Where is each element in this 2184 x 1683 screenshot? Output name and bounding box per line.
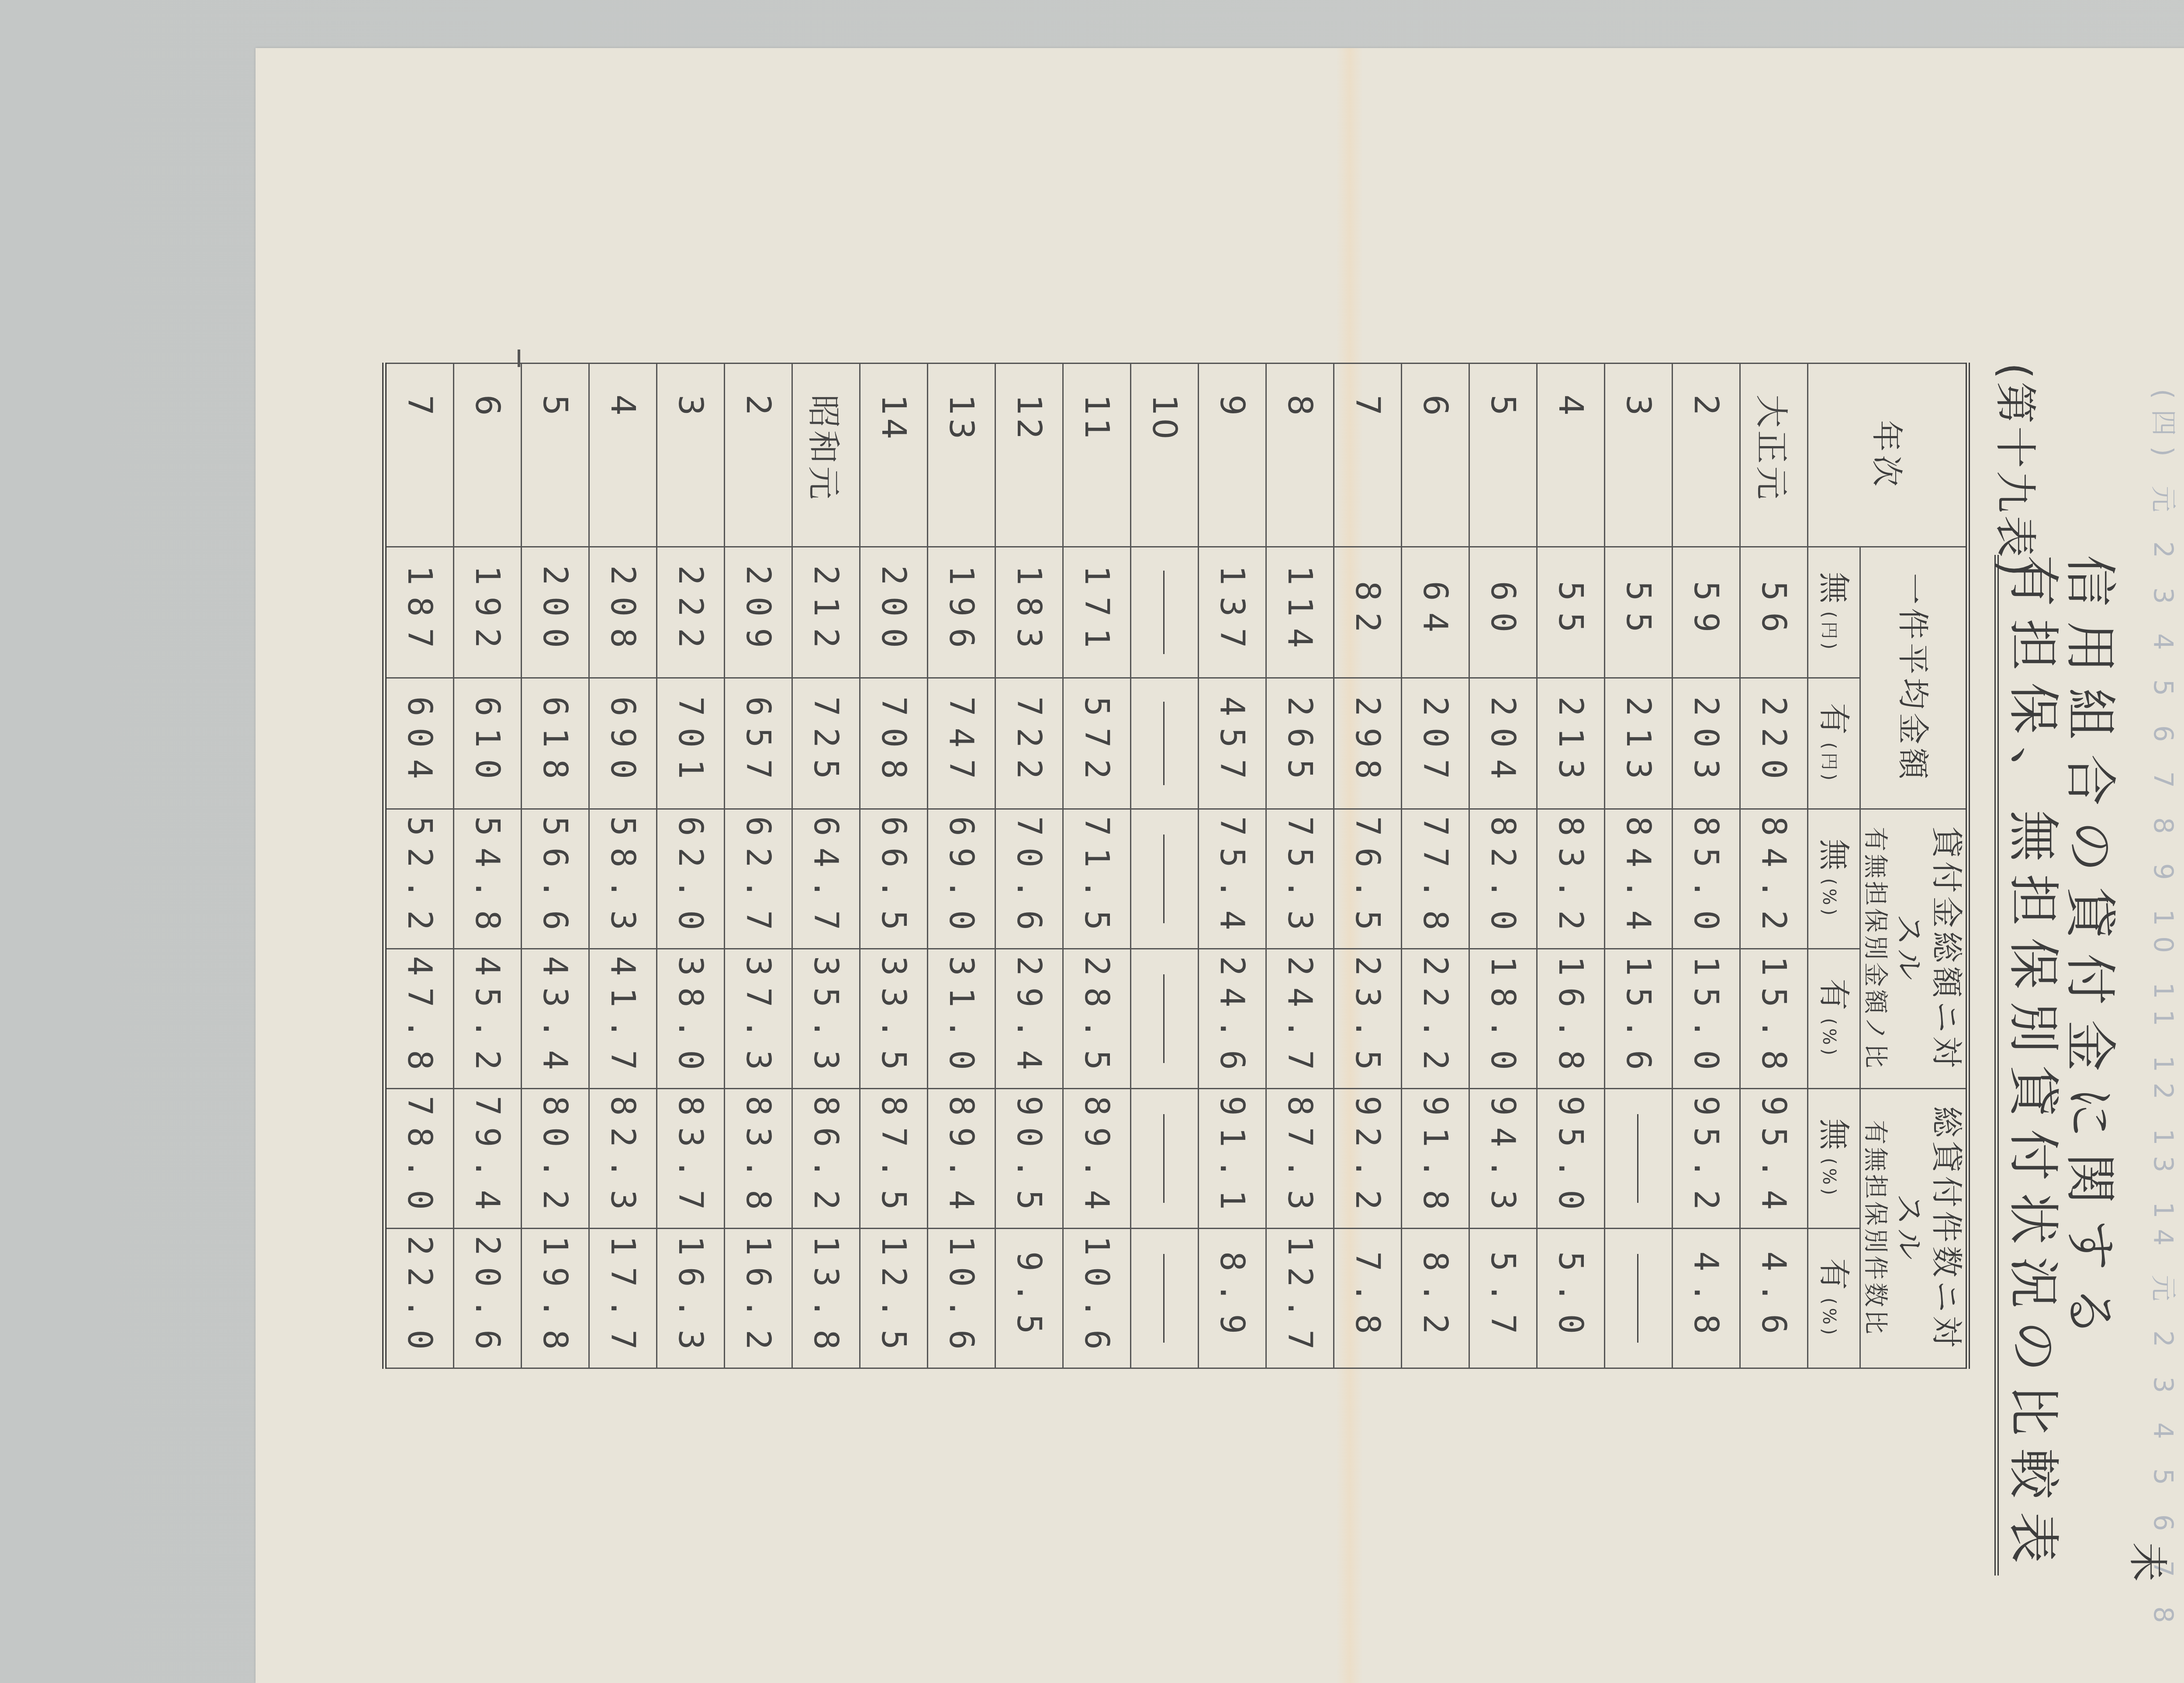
amt-without-cell: 85.0	[1673, 809, 1740, 949]
cnt-with-cell	[1131, 1229, 1199, 1368]
table-row: 1117157271.528.589.410.6	[1063, 364, 1131, 1368]
unit-yen: (円)	[1819, 611, 1839, 653]
amt-with-cell	[1131, 949, 1199, 1089]
year-cell: 3	[657, 364, 725, 547]
cnt-without-cell: 80.2	[522, 1089, 589, 1229]
header-amt-without: 無(%)	[1808, 809, 1860, 949]
year-cell: 4	[1537, 364, 1605, 547]
amt-without-cell: 82.0	[1469, 809, 1537, 949]
table-body: 大正元5622084.215.895.44.625920385.015.095.…	[384, 364, 1808, 1368]
avg-without-cell: 60	[1469, 547, 1537, 678]
cnt-without-cell: 79.4	[454, 1089, 522, 1229]
year-cell: 2	[725, 364, 792, 547]
year-cell: 昭和元	[792, 364, 860, 547]
unit-pct: (%)	[1819, 1018, 1839, 1059]
amt-without-cell: 58.3	[589, 809, 657, 949]
table-row: 322270162.038.083.716.3	[657, 364, 725, 1368]
unit-pct: (%)	[1819, 1298, 1839, 1338]
amt-with-cell: 35.3	[792, 949, 860, 1089]
amt-with-cell: 41.7	[589, 949, 657, 1089]
table-row: 619261054.845.279.420.6	[454, 364, 522, 1368]
avg-with-cell: 725	[792, 678, 860, 809]
amt-without-cell: 64.7	[792, 809, 860, 949]
amt-with-cell: 38.0	[657, 949, 725, 1089]
avg-without-cell: 114	[1266, 547, 1334, 678]
table-row: 811426575.324.787.312.7	[1266, 364, 1334, 1368]
table-row: 35521384.415.6	[1605, 364, 1673, 1368]
stray-pen-mark	[518, 350, 520, 367]
header-avg-with: 有(円)	[1808, 678, 1860, 809]
adjacent-chart-ticks: (四) 元 2 3 4 5 6 7 8 9 10 11 12 13 14 元 2…	[2146, 389, 2184, 1634]
cnt-without-cell: 92.2	[1334, 1089, 1402, 1229]
header-avg-amount: 一件平均金額	[1860, 547, 1968, 809]
cnt-with-cell: 22.0	[384, 1229, 454, 1368]
amt-without-cell: 75.3	[1266, 809, 1334, 949]
avg-with-cell: 213	[1537, 678, 1605, 809]
cnt-with-cell: 5.0	[1537, 1229, 1605, 1368]
header-without-label: 無	[1816, 572, 1852, 607]
avg-with-cell: 657	[725, 678, 792, 809]
year-cell: 8	[1266, 364, 1334, 547]
amt-without-cell: 70.6	[995, 809, 1063, 949]
year-cell: 7	[384, 364, 454, 547]
avg-with-cell: 213	[1605, 678, 1673, 809]
cnt-without-cell: 95.0	[1537, 1089, 1605, 1229]
cnt-with-cell	[1605, 1229, 1673, 1368]
unit-pct: (%)	[1819, 878, 1839, 919]
year-cell: 6	[1402, 364, 1469, 547]
table-row: 56020482.018.094.35.7	[1469, 364, 1537, 1368]
cnt-with-cell: 7.8	[1334, 1229, 1402, 1368]
avg-with-cell: 203	[1673, 678, 1740, 809]
year-cell: 6	[454, 364, 522, 547]
year-cell: 12	[995, 364, 1063, 547]
table-row: 1420070866.533.587.512.5	[860, 364, 928, 1368]
amt-without-cell: 56.6	[522, 809, 589, 949]
amt-with-cell: 24.7	[1266, 949, 1334, 1089]
year-cell: 13	[928, 364, 995, 547]
table-row: 913745775.424.691.18.9	[1199, 364, 1266, 1368]
table-row: 520061856.643.480.219.8	[522, 364, 589, 1368]
table-row: 420869058.341.782.317.7	[589, 364, 657, 1368]
cnt-with-cell: 16.2	[725, 1229, 792, 1368]
cnt-with-cell: 20.6	[454, 1229, 522, 1368]
amt-without-cell: 54.8	[454, 809, 522, 949]
amt-with-cell: 31.0	[928, 949, 995, 1089]
amt-with-cell: 22.2	[1402, 949, 1469, 1089]
amt-with-cell: 43.4	[522, 949, 589, 1089]
table-row: 718760452.247.878.022.0	[384, 364, 454, 1368]
year-cell: 3	[1605, 364, 1673, 547]
amt-with-cell: 45.2	[454, 949, 522, 1089]
cnt-without-cell: 83.7	[657, 1089, 725, 1229]
cnt-without-cell: 91.1	[1199, 1089, 1266, 1229]
amt-with-cell: 37.3	[725, 949, 792, 1089]
avg-with-cell: 604	[384, 678, 454, 809]
cnt-without-cell: 89.4	[1063, 1089, 1131, 1229]
year-cell: 10	[1131, 364, 1199, 547]
header-with-label: 有	[1816, 979, 1852, 1014]
rotated-document: (第十九表) 信用組合の貸付金に関する 有担保、無担保別貸付状況の比較表 年次 …	[546, 363, 2140, 1368]
amt-with-cell: 33.5	[860, 949, 928, 1089]
header-count-ratio-title: 総貸付件数ニ対スル	[1891, 1106, 1965, 1351]
avg-without-cell: 64	[1402, 547, 1469, 678]
avg-without-cell: 209	[725, 547, 792, 678]
cnt-with-cell: 8.2	[1402, 1229, 1469, 1368]
unit-yen: (円)	[1819, 742, 1839, 784]
avg-with-cell: 690	[589, 678, 657, 809]
document-subtitle: 有担保、無担保別貸付状況の比較表	[1994, 555, 2075, 1576]
year-cell: 2	[1673, 364, 1740, 547]
amt-with-cell: 23.5	[1334, 949, 1402, 1089]
avg-with-cell: 457	[1199, 678, 1266, 809]
table-row: 25920385.015.095.24.8	[1673, 364, 1740, 1368]
avg-with-cell: 298	[1334, 678, 1402, 809]
cnt-with-cell: 5.7	[1469, 1229, 1537, 1368]
header-with-label: 有	[1816, 703, 1852, 738]
avg-with-cell: 722	[995, 678, 1063, 809]
header-amount-ratio-title: 貸付金総額ニ対スル	[1891, 827, 1965, 1071]
header-amount-ratio-sub: 有無担保別金額ノ比	[1861, 810, 1890, 1088]
amt-with-cell: 18.0	[1469, 949, 1537, 1089]
table-row: 1218372270.629.490.59.5	[995, 364, 1063, 1368]
avg-without-cell: 208	[589, 547, 657, 678]
cnt-with-cell: 13.8	[792, 1229, 860, 1368]
year-cell: 4	[589, 364, 657, 547]
avg-with-cell: 701	[657, 678, 725, 809]
table-row: 220965762.737.383.816.2	[725, 364, 792, 1368]
amt-without-cell: 76.5	[1334, 809, 1402, 949]
header-cnt-with: 有(%)	[1808, 1229, 1860, 1368]
amt-without-cell: 71.5	[1063, 809, 1131, 949]
avg-with-cell: 204	[1469, 678, 1537, 809]
unit-pct: (%)	[1819, 1158, 1839, 1198]
cnt-without-cell: 90.5	[995, 1089, 1063, 1229]
avg-without-cell: 200	[522, 547, 589, 678]
header-amt-with: 有(%)	[1808, 949, 1860, 1089]
cnt-with-cell: 12.7	[1266, 1229, 1334, 1368]
year-cell: 7	[1334, 364, 1402, 547]
amt-with-cell: 28.5	[1063, 949, 1131, 1089]
header-without-label: 無	[1816, 1119, 1852, 1153]
avg-without-cell: 196	[928, 547, 995, 678]
year-cell: 5	[1469, 364, 1537, 547]
cnt-without-cell: 89.4	[928, 1089, 995, 1229]
avg-without-cell: 55	[1605, 547, 1673, 678]
table-row: 昭和元21272564.735.386.213.8	[792, 364, 860, 1368]
amt-with-cell: 24.6	[1199, 949, 1266, 1089]
cnt-with-cell: 16.3	[657, 1229, 725, 1368]
avg-without-cell: 56	[1740, 547, 1808, 678]
amt-with-cell: 15.0	[1673, 949, 1740, 1089]
avg-without-cell	[1131, 547, 1199, 678]
avg-without-cell: 82	[1334, 547, 1402, 678]
cnt-with-cell: 10.6	[928, 1229, 995, 1368]
header-avg-without: 無(円)	[1808, 547, 1860, 678]
avg-without-cell: 212	[792, 547, 860, 678]
cnt-without-cell: 95.4	[1740, 1089, 1808, 1229]
header-without-label: 無	[1816, 839, 1852, 874]
avg-without-cell: 200	[860, 547, 928, 678]
cnt-with-cell: 8.9	[1199, 1229, 1266, 1368]
avg-without-cell: 55	[1537, 547, 1605, 678]
amt-without-cell: 62.0	[657, 809, 725, 949]
cnt-with-cell: 17.7	[589, 1229, 657, 1368]
cnt-with-cell: 4.8	[1673, 1229, 1740, 1368]
header-with-label: 有	[1816, 1258, 1852, 1293]
amt-with-cell: 15.6	[1605, 949, 1673, 1089]
avg-with-cell: 572	[1063, 678, 1131, 809]
cnt-without-cell: 78.0	[384, 1089, 454, 1229]
cnt-without-cell: 83.8	[725, 1089, 792, 1229]
amt-without-cell: 62.7	[725, 809, 792, 949]
footnote-mark: 未	[2123, 1542, 2180, 1582]
amt-without-cell: 66.5	[860, 809, 928, 949]
header-year: 年次	[1808, 364, 1968, 547]
amt-without-cell: 83.2	[1537, 809, 1605, 949]
header-count-ratio-sub: 有無担保別件数比	[1861, 1089, 1890, 1368]
cnt-with-cell: 19.8	[522, 1229, 589, 1368]
avg-without-cell: 171	[1063, 547, 1131, 678]
avg-with-cell: 708	[860, 678, 928, 809]
amt-without-cell	[1131, 809, 1199, 949]
cnt-without-cell	[1605, 1089, 1673, 1229]
year-cell: 大正元	[1740, 364, 1808, 547]
avg-without-cell: 192	[454, 547, 522, 678]
header-cnt-without: 無(%)	[1808, 1089, 1860, 1229]
amt-with-cell: 47.8	[384, 949, 454, 1089]
avg-without-cell: 59	[1673, 547, 1740, 678]
year-cell: 11	[1063, 364, 1131, 547]
table-number-label: (第十九表)	[1989, 363, 2049, 579]
cnt-with-cell: 12.5	[860, 1229, 928, 1368]
avg-with-cell: 610	[454, 678, 522, 809]
amt-without-cell: 75.4	[1199, 809, 1266, 949]
amt-without-cell: 84.2	[1740, 809, 1808, 949]
avg-with-cell: 220	[1740, 678, 1808, 809]
table-row: 1319674769.031.089.410.6	[928, 364, 995, 1368]
amt-without-cell: 52.2	[384, 809, 454, 949]
year-cell: 14	[860, 364, 928, 547]
avg-without-cell: 137	[1199, 547, 1266, 678]
header-amount-ratio: 貸付金総額ニ対スル 有無担保別金額ノ比	[1860, 809, 1968, 1089]
avg-with-cell: 265	[1266, 678, 1334, 809]
amt-without-cell: 69.0	[928, 809, 995, 949]
cnt-with-cell: 9.5	[995, 1229, 1063, 1368]
table-row: 大正元5622084.215.895.44.6	[1740, 364, 1808, 1368]
cnt-with-cell: 4.6	[1740, 1229, 1808, 1368]
amt-with-cell: 29.4	[995, 949, 1063, 1089]
title-block: (第十九表) 信用組合の貸付金に関する 有担保、無担保別貸付状況の比較表	[1996, 363, 2140, 1368]
cnt-without-cell: 87.3	[1266, 1089, 1334, 1229]
avg-without-cell: 187	[384, 547, 454, 678]
table-row: 78229876.523.592.27.8	[1334, 364, 1402, 1368]
amt-without-cell: 84.4	[1605, 809, 1673, 949]
cnt-without-cell: 82.3	[589, 1089, 657, 1229]
year-cell: 9	[1199, 364, 1266, 547]
amt-without-cell: 77.8	[1402, 809, 1469, 949]
cnt-without-cell: 91.8	[1402, 1089, 1469, 1229]
cnt-with-cell: 10.6	[1063, 1229, 1131, 1368]
year-cell: 5	[522, 364, 589, 547]
avg-with-cell: 618	[522, 678, 589, 809]
avg-with-cell: 747	[928, 678, 995, 809]
table-row: 66420777.822.291.88.2	[1402, 364, 1469, 1368]
table-row: 10	[1131, 364, 1199, 1368]
avg-without-cell: 222	[657, 547, 725, 678]
avg-with-cell	[1131, 678, 1199, 809]
table-row: 45521383.216.895.05.0	[1537, 364, 1605, 1368]
cnt-without-cell: 95.2	[1673, 1089, 1740, 1229]
cnt-without-cell: 86.2	[792, 1089, 860, 1229]
cnt-without-cell	[1131, 1089, 1199, 1229]
cnt-without-cell: 94.3	[1469, 1089, 1537, 1229]
header-count-ratio: 総貸付件数ニ対スル 有無担保別件数比	[1860, 1089, 1968, 1368]
amt-with-cell: 16.8	[1537, 949, 1605, 1089]
amt-with-cell: 15.8	[1740, 949, 1808, 1089]
avg-without-cell: 183	[995, 547, 1063, 678]
comparison-table: 年次 一件平均金額 貸付金総額ニ対スル 有無担保別金額ノ比 総貸付件数ニ対スル …	[382, 363, 1970, 1369]
avg-with-cell: 207	[1402, 678, 1469, 809]
cnt-without-cell: 87.5	[860, 1089, 928, 1229]
